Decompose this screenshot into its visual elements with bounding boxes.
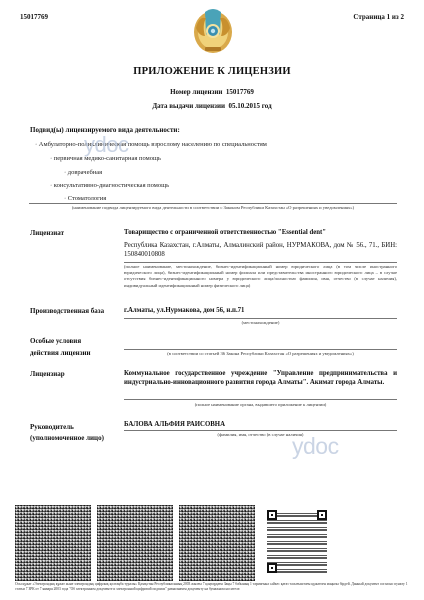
license-date-value: 05.10.2015 год xyxy=(229,102,272,110)
subtype-item: · доврачебная xyxy=(64,169,102,176)
licensor-note: (полное наименование органа, выдавшего п… xyxy=(124,402,397,408)
licensee-name: Товарищество с ограниченной ответственно… xyxy=(124,229,399,236)
subtypes-note: (наименование подвида лицензируемого вид… xyxy=(29,205,397,211)
subtype-item: · Стоматология xyxy=(64,195,106,202)
divider xyxy=(124,318,397,319)
kazakhstan-state-emblem-icon xyxy=(193,4,233,56)
2d-barcode-1 xyxy=(15,505,91,581)
licensee-label: Лицензиат xyxy=(30,229,64,237)
divider xyxy=(124,430,397,431)
production-base-note: (местонахождение) xyxy=(124,320,397,326)
page-title: ПРИЛОЖЕНИЕ К ЛИЦЕНЗИИ xyxy=(0,66,424,77)
divider xyxy=(29,203,397,204)
special-conditions-label-2: действия лицензии xyxy=(30,349,91,357)
head-label-2: (уполномоченное лицо) xyxy=(30,434,104,442)
2d-barcode-2 xyxy=(97,505,173,581)
legal-footer: Осы құжат «Электрондық құжат және электр… xyxy=(15,582,410,592)
divider xyxy=(124,349,397,350)
ydoc-watermark: ydoc xyxy=(84,132,128,158)
document-number: 15017769 xyxy=(20,13,48,21)
divider xyxy=(124,399,397,400)
qr-finder-icon xyxy=(317,510,327,520)
licensor-label: Лицензиар xyxy=(30,370,65,378)
production-base-value: г.Алматы, ул.Нурмакова, дом 56, н.п.71 xyxy=(124,307,244,314)
head-label-1: Руководитель xyxy=(30,423,74,431)
ydoc-watermark: ydoc xyxy=(292,433,339,460)
license-number-value: 15017769 xyxy=(226,88,254,96)
production-base-label: Производственная база xyxy=(30,307,104,315)
subtype-item: · Амбулаторно-поликлиническая помощь взр… xyxy=(35,141,267,148)
license-date-label: Дата выдачи лицензии xyxy=(152,102,225,110)
licensor-value: Коммунальное государственное учреждение … xyxy=(124,369,397,388)
licensee-note: (полное наименование, местонахождение, б… xyxy=(124,264,397,289)
subtype-item: · консультативно-диагностическая помощь xyxy=(50,182,169,189)
license-number-label: Номер лицензии xyxy=(170,88,222,96)
license-number-line: Номер лицензии 15017769 xyxy=(0,88,424,96)
head-name: БАЛОВА АЛЬФИЯ РАИСОВНА xyxy=(124,421,225,428)
qr-finder-icon xyxy=(267,563,277,573)
license-date-line: Дата выдачи лицензии 05.10.2015 год xyxy=(0,102,424,110)
special-conditions-note: (в соответствии со статьей 36 Закона Рес… xyxy=(124,351,397,357)
qr-finder-icon xyxy=(267,510,277,520)
qr-code xyxy=(267,510,327,573)
2d-barcode-3 xyxy=(179,505,255,581)
special-conditions-label-1: Особые условия xyxy=(30,337,81,345)
head-note: (фамилия, имя, отчество (в случае наличи… xyxy=(124,432,397,438)
page-indicator: Страница 1 из 2 xyxy=(353,13,404,21)
divider xyxy=(124,262,397,263)
licensee-address: Республика Казахстан, г.Алматы, Алмалинс… xyxy=(124,241,397,259)
